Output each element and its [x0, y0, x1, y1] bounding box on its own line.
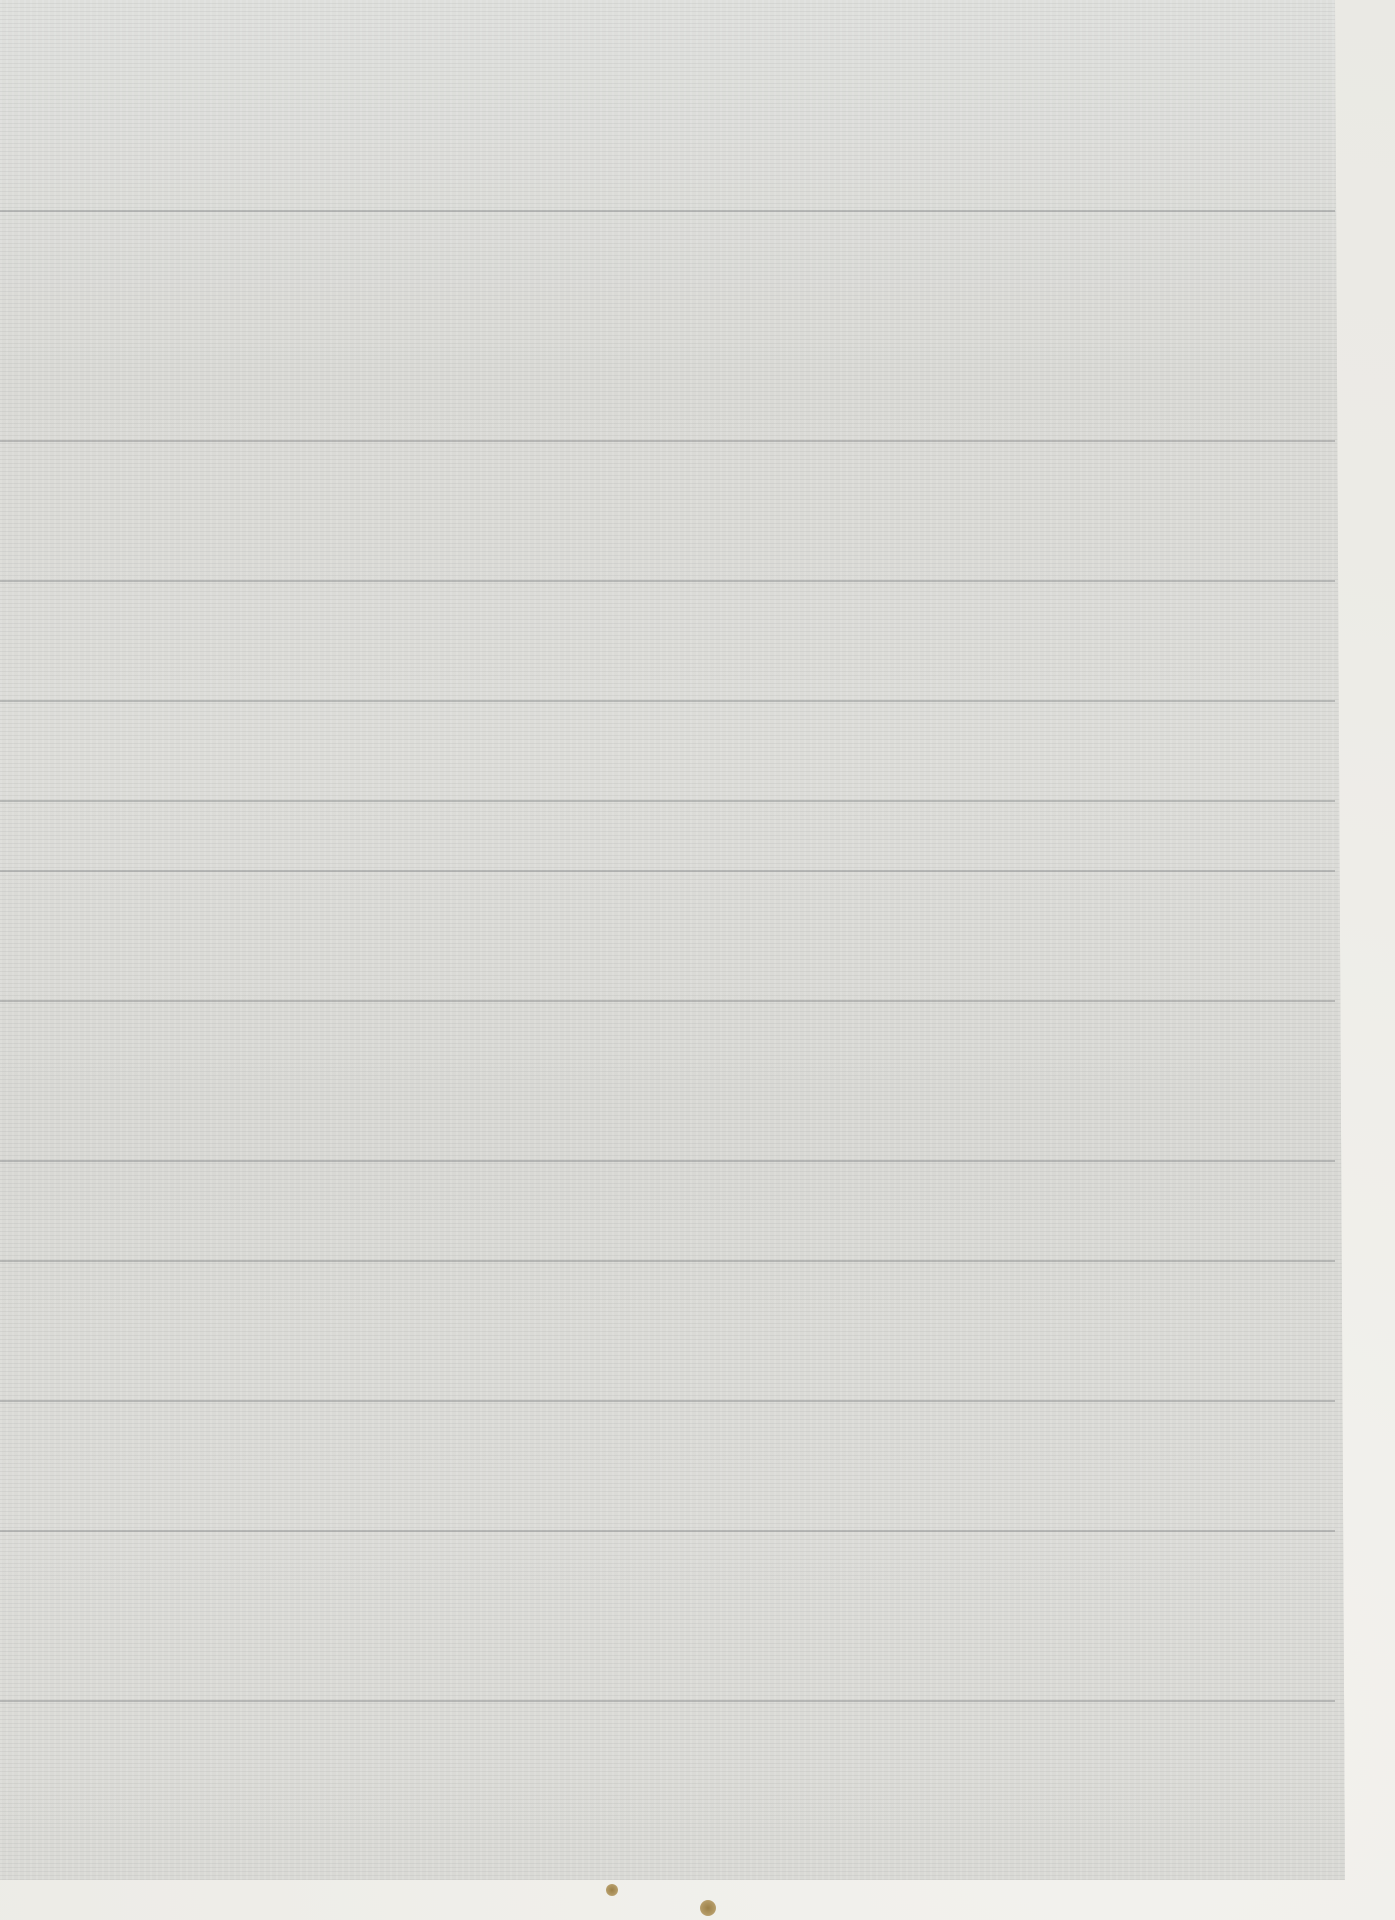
- floor-stain: [700, 1900, 716, 1916]
- rug-streak: [0, 440, 1335, 442]
- rug-streak: [0, 210, 1335, 212]
- floor-stain: [606, 1884, 618, 1896]
- rug-streak: [0, 580, 1335, 582]
- rug-streak: [0, 800, 1335, 802]
- woven-rug: [0, 0, 1345, 1880]
- rug-streak: [0, 1400, 1335, 1402]
- rug-streak: [0, 1000, 1335, 1002]
- rug-streak: [0, 1700, 1335, 1702]
- rug-streak: [0, 1530, 1335, 1532]
- rug-streak: [0, 1160, 1335, 1162]
- rug-streak: [0, 870, 1335, 872]
- rug-streak: [0, 700, 1335, 702]
- rug-streak: [0, 1260, 1335, 1262]
